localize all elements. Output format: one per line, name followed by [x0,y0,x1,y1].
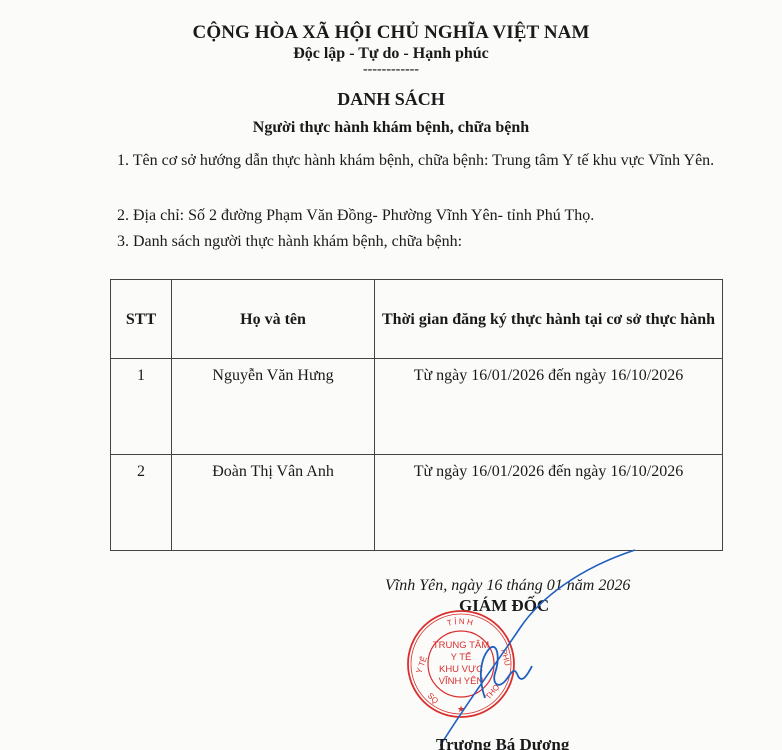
national-title: CỘNG HÒA XÃ HỘI CHỦ NGHĨA VIỆT NAM [0,22,782,44]
cell-name: Đoàn Thị Vân Anh [172,455,375,551]
svg-text:Y TẾ: Y TẾ [413,655,428,675]
cell-period: Từ ngày 16/01/2026 đến ngày 16/10/2026 [374,359,722,455]
address-paragraph: 2. Địa chỉ: Số 2 đường Phạm Văn Đồng- Ph… [117,205,727,226]
document-title: DANH SÁCH [0,89,782,110]
signer-name: Trương Bá Dương [436,735,569,750]
table-row: 2 Đoàn Thị Vân Anh Từ ngày 16/01/2026 đế… [111,455,723,551]
table-row: 1 Nguyễn Văn Hưng Từ ngày 16/01/2026 đến… [111,359,723,455]
cell-stt: 2 [111,455,172,551]
cell-period: Từ ngày 16/01/2026 đến ngày 16/10/2026 [374,455,722,551]
document-subtitle: Người thực hành khám bệnh, chữa bệnh [0,119,782,137]
header-stt: STT [111,280,172,359]
list-intro-paragraph: 3. Danh sách người thực hành khám bệnh, … [117,231,727,252]
table-header-row: STT Họ và tên Thời gian đăng ký thực hàn… [111,280,723,359]
cell-name: Nguyễn Văn Hưng [172,359,375,455]
practitioner-table: STT Họ và tên Thời gian đăng ký thực hàn… [110,279,723,551]
svg-text:SQ: SQ [426,691,441,706]
facility-name-paragraph: 1. Tên cơ sở hướng dẫn thực hành khám bệ… [117,150,727,171]
national-motto: Độc lập - Tự do - Hạnh phúc [0,45,782,63]
signature-icon [440,548,650,748]
header-period: Thời gian đăng ký thực hành tại cơ sở th… [374,280,722,359]
cell-stt: 1 [111,359,172,455]
separator: ------------ [0,62,782,78]
header-name: Họ và tên [172,280,375,359]
